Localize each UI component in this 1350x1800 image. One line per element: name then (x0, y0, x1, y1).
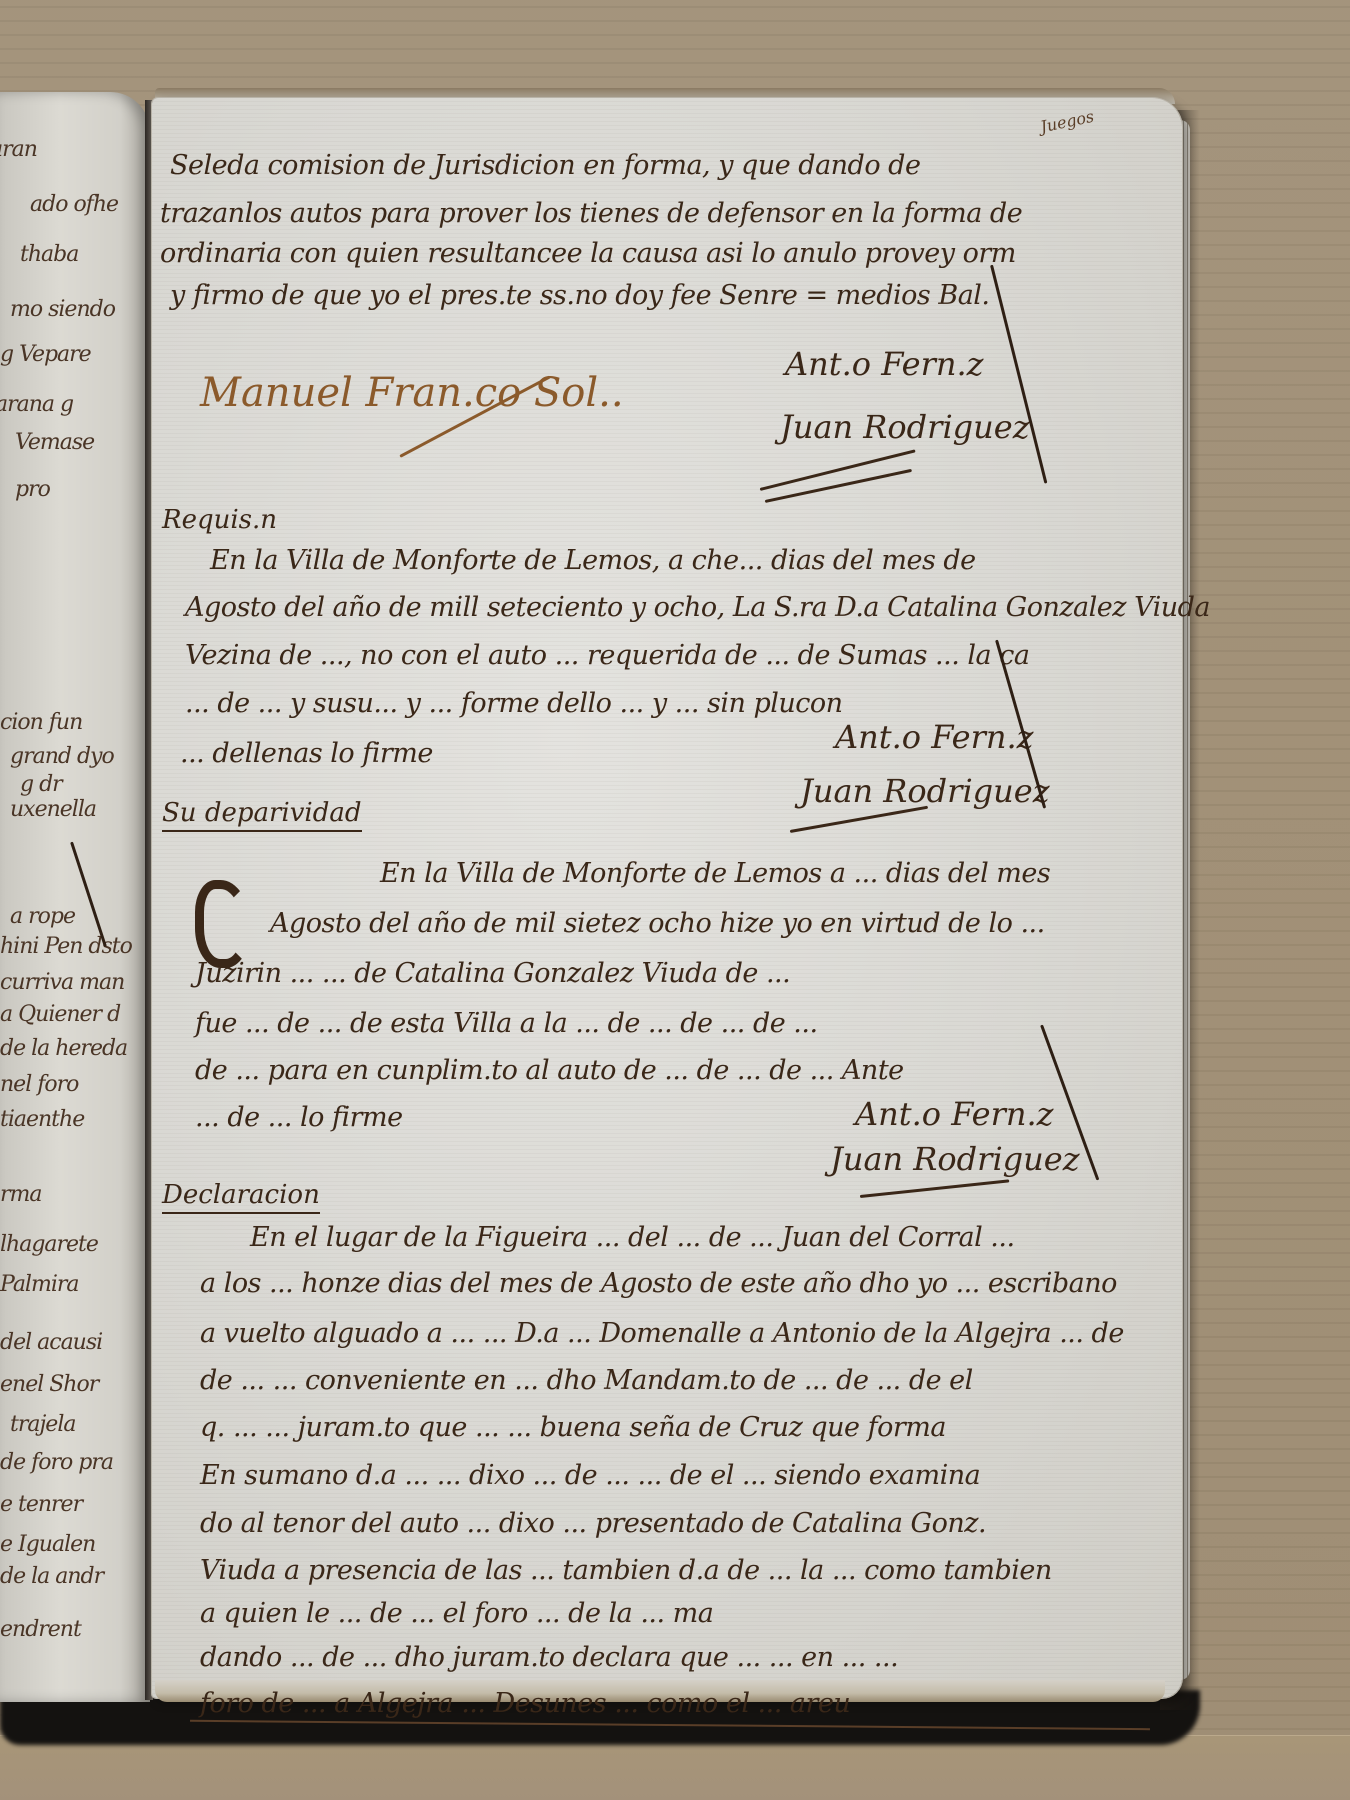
left-page-line: nel foro (0, 1072, 78, 1097)
left-page-line: rma (0, 1182, 42, 1207)
left-page-line: uxenella (10, 797, 96, 822)
text-line: q. ... ... juram.to que ... ... buena se… (200, 1412, 946, 1443)
left-page-line: tiaenthe (0, 1107, 84, 1132)
text-line: Agosto del año de mill seteciento y ocho… (185, 592, 1210, 623)
text-line: y firmo de que yo el pres.te ss.no doy f… (170, 280, 990, 311)
left-page-line: del acausi (0, 1330, 102, 1355)
left-page-line: de foro pra (0, 1450, 113, 1475)
text-line: fue ... de ... de esta Villa a la ... de… (195, 1008, 818, 1039)
text-line: dando ... de ... dho juram.to declara qu… (200, 1642, 898, 1673)
margin-note: Declaracion (162, 1180, 320, 1214)
left-page-line: arana g (0, 392, 73, 417)
left-page-line: de la hereda (0, 1036, 127, 1061)
left-page-line: aran (0, 137, 37, 162)
text-line: de ... ... conveniente en ... dho Mandam… (200, 1365, 973, 1396)
text-line: do al tenor del auto ... dixo ... presen… (200, 1508, 986, 1539)
text-line: a quien le ... de ... el foro ... de la … (200, 1598, 713, 1629)
left-page: aran ado ofhe thaba mo siendo g Vepare a… (0, 92, 150, 1702)
left-page-line: hini Pen dsto (0, 934, 132, 959)
left-page-line: e Igualen (0, 1532, 95, 1557)
left-page-line: lhagarete (0, 1232, 98, 1257)
left-page-line: trajela (10, 1412, 75, 1437)
signature-manuel: Manuel Fran.co Sol.. (200, 370, 624, 416)
text-line: a los ... honze dias del mes de Agosto d… (200, 1268, 1117, 1299)
left-page-line: enel Shor (0, 1372, 98, 1397)
left-page-line: curriva man (0, 970, 124, 995)
left-page-line: endrent (0, 1617, 81, 1642)
text-line: En la Villa de Monforte de Lemos, a che.… (210, 545, 976, 576)
text-line: Viuda a presencia de las ... tambien d.a… (200, 1555, 1052, 1586)
left-page-line: mo siendo (10, 297, 115, 322)
signature-juan: Juan Rodriguez (830, 1140, 1080, 1178)
text-line: Agosto del año de mil sietez ocho hize y… (270, 908, 1045, 939)
signature-antonio: Ant.o Fern.z (855, 1095, 1054, 1133)
left-page-line: cion fun (0, 710, 82, 735)
signature-antonio: Ant.o Fern.z (835, 718, 1034, 756)
text-line: ordinaria con quien resultancee la causa… (160, 238, 1016, 269)
text-line: Vezina de ..., no con el auto ... requer… (185, 640, 1029, 671)
text-line: Seleda comision de Jurisdicion en forma,… (170, 150, 920, 181)
text-line: foro de ... a Algejra ... Desunes ... co… (200, 1688, 850, 1719)
left-page-line: a rope (10, 904, 75, 929)
left-page-line: de la andr (0, 1564, 103, 1589)
left-page-line: g dr (20, 772, 62, 797)
text-line: a vuelto alguado a ... ... D.a ... Domen… (200, 1318, 1124, 1349)
left-page-line: thaba (20, 242, 78, 267)
text-line: ... de ... y susu... y ... forme dello .… (185, 688, 843, 719)
margin-note: Requis.n (162, 505, 277, 537)
text-line: ... de ... lo firme (195, 1102, 403, 1133)
left-page-line: grand dyo (10, 744, 114, 769)
left-page-line: Palmira (0, 1272, 79, 1297)
text-line: En el lugar de la Figueira ... del ... d… (250, 1222, 1015, 1253)
left-page-line: pro (15, 477, 50, 502)
text-line: En la Villa de Monforte de Lemos a ... d… (380, 858, 1050, 889)
signature-juan: Juan Rodriguez (780, 408, 1030, 446)
text-line: En sumano d.a ... ... dixo ... de ... ..… (200, 1460, 980, 1491)
signature-juan: Juan Rodriguez (800, 772, 1050, 810)
left-page-line: ado ofhe (30, 192, 118, 217)
left-page-line: a Quiener d (0, 1002, 120, 1027)
text-line: Juzirin ... ... de Catalina Gonzalez Viu… (195, 958, 790, 989)
text-line: trazanlos autos para prover los tienes d… (160, 198, 1022, 229)
signature-antonio: Ant.o Fern.z (785, 345, 984, 383)
left-page-line: e tenrer (0, 1492, 82, 1517)
margin-note: Su deparividad (162, 798, 362, 832)
left-page-line: Vemase (15, 430, 94, 455)
text-line: ... dellenas lo firme (180, 738, 433, 769)
main-page (152, 98, 1182, 1698)
text-line: de ... para en cunplim.to al auto de ...… (195, 1055, 904, 1086)
rubric-flourish (70, 842, 107, 948)
left-page-line: g Vepare (0, 342, 91, 367)
